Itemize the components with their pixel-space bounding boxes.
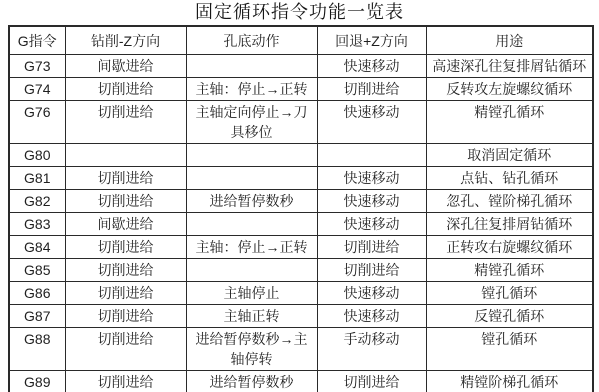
cell-code: G81 (9, 167, 65, 190)
cell-purpose: 精镗孔循环 (426, 101, 593, 144)
cell-purpose: 忽孔、镗阶梯孔循环 (426, 190, 593, 213)
cell-drilling: 切削进给 (65, 101, 186, 144)
cell-drilling: 切削进给 (65, 236, 186, 259)
header-cell: 回退+Z方向 (317, 26, 426, 55)
cell-purpose: 取消固定循环 (426, 144, 593, 167)
cell-bottom_action (186, 213, 317, 236)
cell-bottom_action (186, 259, 317, 282)
cell-purpose: 正转攻右旋螺纹循环 (426, 236, 593, 259)
cell-bottom_action: 主轴正转 (186, 305, 317, 328)
table-row: G88切削进给进给暂停数秒→主轴停转手动移动镗孔循环 (9, 328, 593, 371)
cell-purpose: 精镗孔循环 (426, 259, 593, 282)
cell-bottom_action: 进给暂停数秒 (186, 371, 317, 392)
header-cell: 孔底动作 (186, 26, 317, 55)
table-row: G85切削进给切削进给精镗孔循环 (9, 259, 593, 282)
cell-retract: 切削进给 (317, 236, 426, 259)
cell-code: G83 (9, 213, 65, 236)
table-row: G86切削进给主轴停止快速移动镗孔循环 (9, 282, 593, 305)
cell-drilling: 切削进给 (65, 167, 186, 190)
cell-code: G76 (9, 101, 65, 144)
cell-retract: 切削进给 (317, 371, 426, 392)
cell-retract: 手动移动 (317, 328, 426, 371)
cell-purpose: 精镗阶梯孔循环 (426, 371, 593, 392)
cell-purpose: 高速深孔往复排屑钻循环 (426, 55, 593, 78)
cell-drilling: 切削进给 (65, 305, 186, 328)
cell-drilling: 切削进给 (65, 190, 186, 213)
cell-code: G73 (9, 55, 65, 78)
cell-bottom_action (186, 167, 317, 190)
cell-drilling: 间歇进给 (65, 213, 186, 236)
cell-bottom_action: 进给暂停数秒 (186, 190, 317, 213)
header-row: G指令钻削-Z方向孔底动作回退+Z方向用途 (9, 26, 593, 55)
cell-code: G85 (9, 259, 65, 282)
page-title: 固定循环指令功能一览表 (0, 1, 599, 23)
header-cell: G指令 (9, 26, 65, 55)
cell-retract: 快速移动 (317, 282, 426, 305)
cell-code: G80 (9, 144, 65, 167)
cell-retract: 快速移动 (317, 213, 426, 236)
cell-purpose: 深孔往复排屑钻循环 (426, 213, 593, 236)
table-row: G84切削进给主轴：停止→正转切削进给正转攻右旋螺纹循环 (9, 236, 593, 259)
table-row: G87切削进给主轴正转快速移动反镗孔循环 (9, 305, 593, 328)
table-row: G73间歇进给快速移动高速深孔往复排屑钻循环 (9, 55, 593, 78)
cell-bottom_action: 主轴：停止→正转 (186, 236, 317, 259)
cell-bottom_action: 进给暂停数秒→主轴停转 (186, 328, 317, 371)
cell-bottom_action: 主轴定向停止→刀具移位 (186, 101, 317, 144)
cell-drilling: 间歇进给 (65, 55, 186, 78)
document-page: 固定循环指令功能一览表 G指令钻削-Z方向孔底动作回退+Z方向用途 G73间歇进… (0, 0, 599, 392)
table-row: G80取消固定循环 (9, 144, 593, 167)
table-row: G76切削进给主轴定向停止→刀具移位快速移动精镗孔循环 (9, 101, 593, 144)
cell-drilling: 切削进给 (65, 371, 186, 392)
header-cell: 钻削-Z方向 (65, 26, 186, 55)
cell-code: G82 (9, 190, 65, 213)
cell-bottom_action (186, 144, 317, 167)
table-row: G89切削进给进给暂停数秒切削进给精镗阶梯孔循环 (9, 371, 593, 392)
cell-drilling: 切削进给 (65, 282, 186, 305)
cell-purpose: 点钻、钻孔循环 (426, 167, 593, 190)
cell-retract: 快速移动 (317, 167, 426, 190)
cell-retract: 快速移动 (317, 55, 426, 78)
table-row: G74切削进给主轴：停止→正转切削进给反转攻左旋螺纹循环 (9, 78, 593, 101)
cell-code: G86 (9, 282, 65, 305)
cell-retract: 快速移动 (317, 101, 426, 144)
cell-purpose: 反镗孔循环 (426, 305, 593, 328)
cell-retract: 切削进给 (317, 259, 426, 282)
table-body: G73间歇进给快速移动高速深孔往复排屑钻循环G74切削进给主轴：停止→正转切削进… (9, 55, 593, 392)
cell-purpose: 反转攻左旋螺纹循环 (426, 78, 593, 101)
cell-retract (317, 144, 426, 167)
header-cell: 用途 (426, 26, 593, 55)
cell-drilling: 切削进给 (65, 328, 186, 371)
table-row: G81切削进给快速移动点钻、钻孔循环 (9, 167, 593, 190)
fixed-cycle-table: G指令钻削-Z方向孔底动作回退+Z方向用途 G73间歇进给快速移动高速深孔往复排… (8, 25, 594, 392)
cell-retract: 快速移动 (317, 190, 426, 213)
cell-bottom_action: 主轴停止 (186, 282, 317, 305)
cell-code: G89 (9, 371, 65, 392)
cell-bottom_action (186, 55, 317, 78)
cell-code: G87 (9, 305, 65, 328)
cell-drilling: 切削进给 (65, 78, 186, 101)
cell-code: G74 (9, 78, 65, 101)
cell-purpose: 镗孔循环 (426, 282, 593, 305)
cell-code: G88 (9, 328, 65, 371)
cell-drilling (65, 144, 186, 167)
cell-retract: 快速移动 (317, 305, 426, 328)
cell-purpose: 镗孔循环 (426, 328, 593, 371)
table-row: G83间歇进给快速移动深孔往复排屑钻循环 (9, 213, 593, 236)
table-row: G82切削进给进给暂停数秒快速移动忽孔、镗阶梯孔循环 (9, 190, 593, 213)
cell-retract: 切削进给 (317, 78, 426, 101)
cell-code: G84 (9, 236, 65, 259)
cell-drilling: 切削进给 (65, 259, 186, 282)
cell-bottom_action: 主轴：停止→正转 (186, 78, 317, 101)
